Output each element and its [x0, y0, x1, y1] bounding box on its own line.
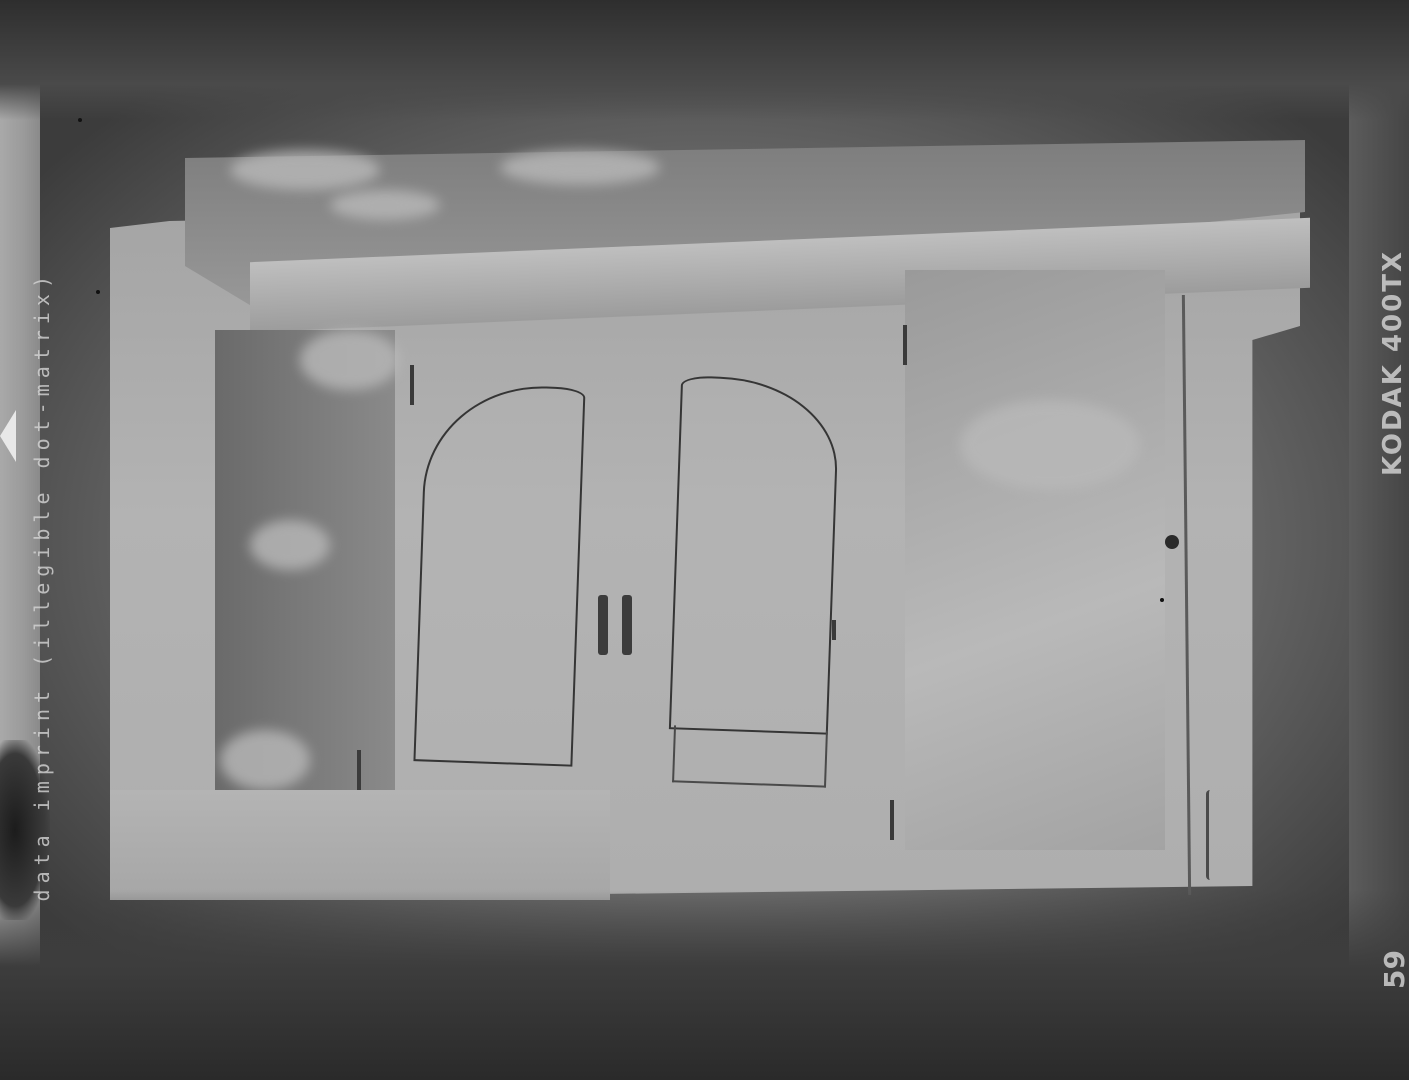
film-brand-text: KODAK 400TX: [1378, 250, 1408, 476]
frame-arrow-icon: [0, 410, 16, 462]
cloud: [300, 330, 400, 390]
cloud: [330, 190, 440, 220]
frame-number: 59: [1378, 950, 1409, 989]
hinge: [410, 365, 414, 405]
right-cloud-mural: [905, 270, 1165, 850]
right-arched-door: [669, 375, 840, 734]
cloud: [500, 150, 660, 185]
dust-speck: [1160, 598, 1164, 602]
film-bottom-edge: [0, 890, 1409, 1080]
film-top-edge: [0, 0, 1409, 120]
right-door-handle: [622, 595, 632, 655]
right-door-base-panel: [672, 725, 828, 787]
left-door-handle: [598, 595, 608, 655]
left-edge-imprint: data imprint (illegible dot-matrix): [30, 270, 50, 901]
cloud: [960, 400, 1140, 490]
cloud: [230, 150, 380, 190]
film-spot: [1165, 535, 1179, 549]
hinge: [890, 800, 894, 840]
dust-speck: [96, 290, 100, 294]
artist-signature: [1206, 790, 1223, 880]
hinge: [832, 620, 836, 640]
cabinet-base: [110, 790, 610, 900]
left-arched-door: [413, 382, 585, 766]
cloud: [250, 520, 330, 570]
hinge: [357, 750, 361, 790]
photo-frame: data imprint (illegible dot-matrix) KODA…: [0, 0, 1409, 1080]
hinge: [903, 325, 907, 365]
cloud: [220, 730, 310, 790]
